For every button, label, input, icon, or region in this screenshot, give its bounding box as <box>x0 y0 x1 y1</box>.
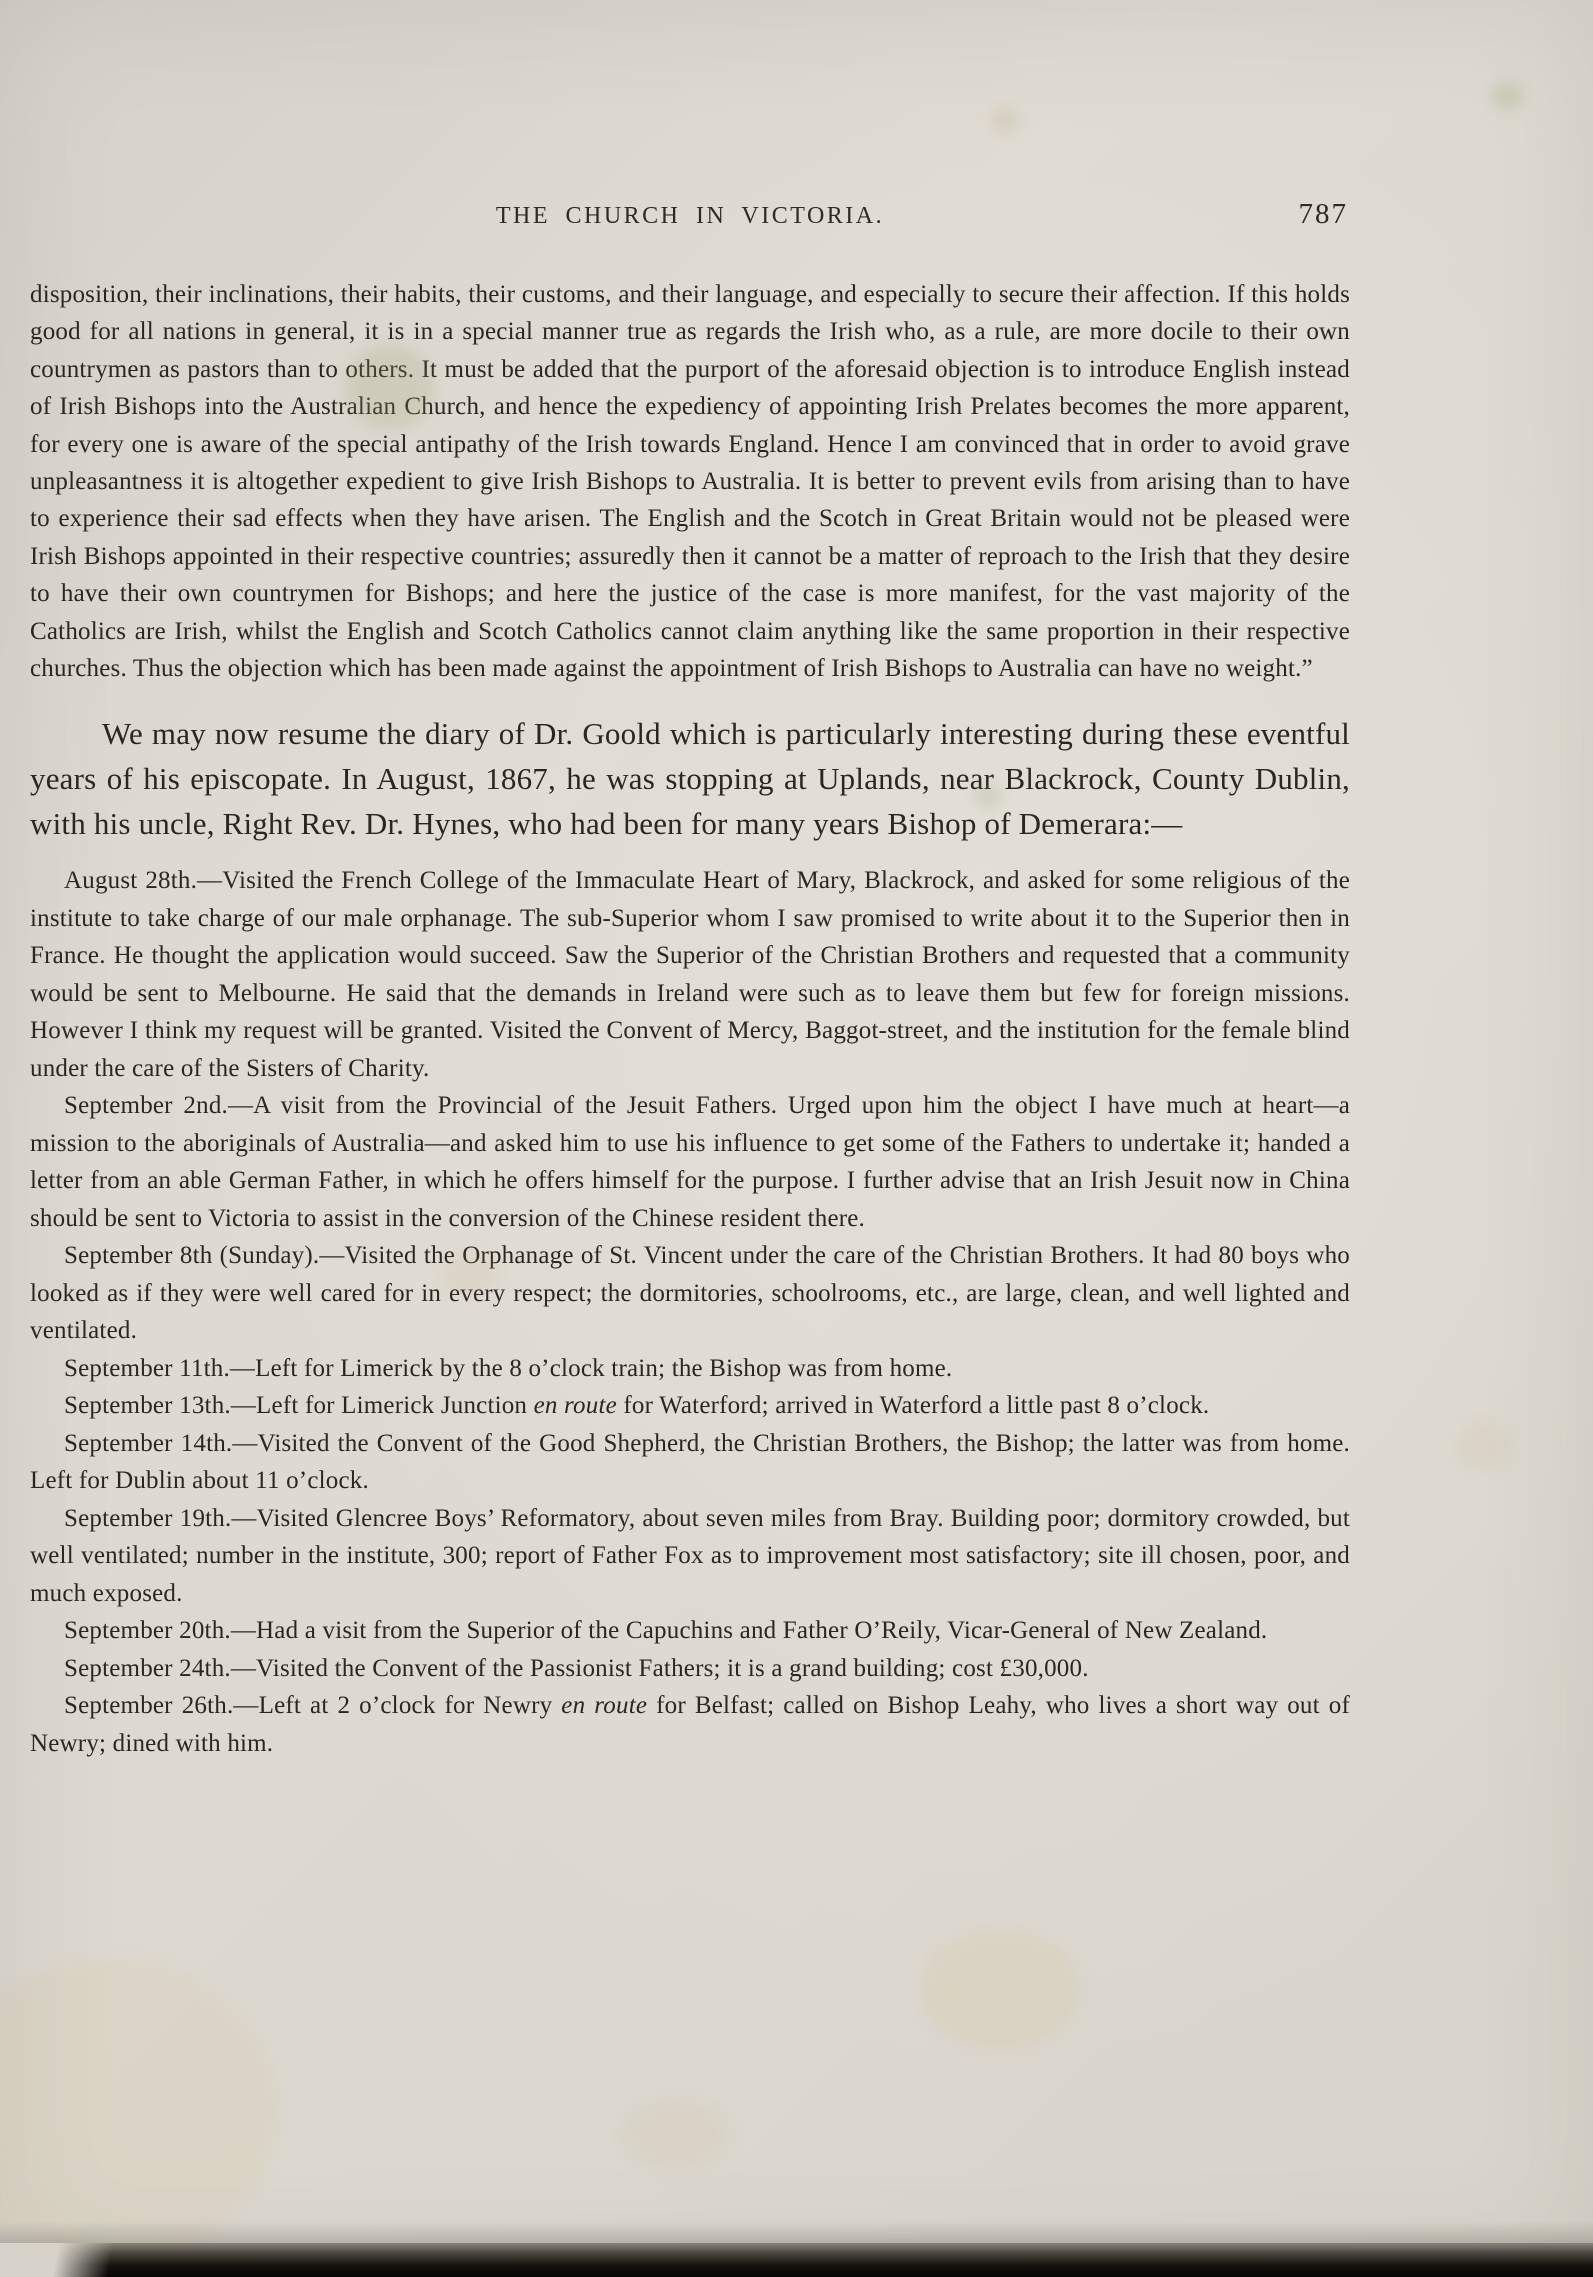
diary-entry: September 11th.—Left for Limerick by the… <box>30 1350 1350 1388</box>
paper-stain <box>620 2100 730 2170</box>
entry-text: September 2nd.—A visit from the Provinci… <box>30 1092 1350 1232</box>
entry-text: August 28th.—Visited the French College … <box>30 867 1350 1082</box>
text-block: disposition, their inclinations, their h… <box>30 276 1350 1762</box>
diary-entry: September 19th.—Visited Glencree Boys’ R… <box>30 1500 1350 1613</box>
entry-text: September 20th.—Had a visit from the Sup… <box>64 1617 1267 1644</box>
entry-text: September 14th.—Visited the Convent of t… <box>30 1430 1350 1495</box>
page-header: THE CHURCH IN VICTORIA. 787 <box>30 203 1350 230</box>
paper-stain <box>1492 82 1522 110</box>
diary-entry: September 20th.—Had a visit from the Sup… <box>30 1612 1350 1650</box>
quote-paragraph: disposition, their inclinations, their h… <box>30 276 1350 687</box>
diary-entry: September 8th (Sunday).—Visited the Orph… <box>30 1237 1350 1350</box>
diary-entry: September 14th.—Visited the Convent of t… <box>30 1425 1350 1500</box>
diary-entry: September 24th.—Visited the Convent of t… <box>30 1650 1350 1688</box>
paper-stain <box>0 1960 280 2260</box>
diary-entries: August 28th.—Visited the French College … <box>30 862 1350 1762</box>
running-title: THE CHURCH IN VICTORIA. <box>30 203 1350 230</box>
diary-entry: September 2nd.—A visit from the Provinci… <box>30 1087 1350 1237</box>
entry-text: September 11th.—Left for Limerick by the… <box>64 1355 952 1382</box>
paper-stain <box>1455 1420 1515 1470</box>
entry-text: September 19th.—Visited Glencree Boys’ R… <box>30 1505 1350 1607</box>
entry-text: September 24th.—Visited the Convent of t… <box>64 1655 1089 1682</box>
italic-phrase: en route <box>534 1392 617 1419</box>
diary-entry: September 13th.—Left for Limerick Juncti… <box>30 1387 1350 1425</box>
italic-phrase: en route <box>561 1692 647 1719</box>
entry-text: September 8th (Sunday).—Visited the Orph… <box>30 1242 1350 1344</box>
scan-edge-band <box>0 2243 1593 2277</box>
diary-entry: September 26th.—Left at 2 o’clock for Ne… <box>30 1687 1350 1762</box>
narrative-paragraph: We may now resume the diary of Dr. Goold… <box>30 711 1350 846</box>
page-number: 787 <box>1299 198 1349 231</box>
entry-text: September 26th.—Left at 2 o’clock for Ne… <box>64 1692 561 1719</box>
entry-text: for Waterford; arrived in Waterford a li… <box>617 1392 1209 1419</box>
entry-text: September 13th.—Left for Limerick Juncti… <box>64 1392 534 1419</box>
paper-stain <box>920 1930 1080 2050</box>
diary-entry: August 28th.—Visited the French College … <box>30 862 1350 1087</box>
paper-stain <box>990 108 1020 132</box>
book-page: THE CHURCH IN VICTORIA. 787 disposition,… <box>0 0 1593 2277</box>
